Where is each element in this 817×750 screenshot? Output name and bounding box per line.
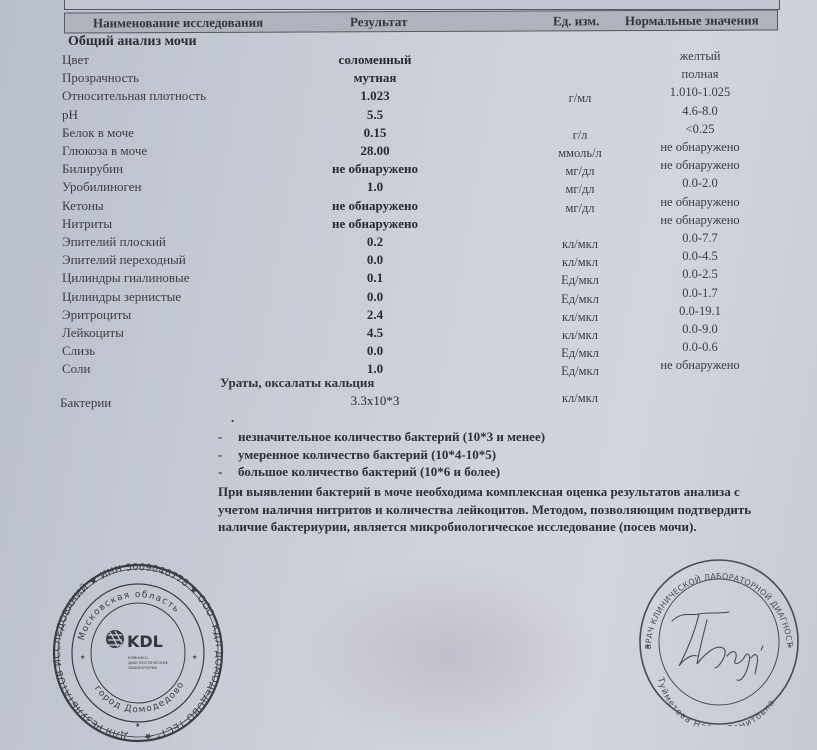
row-unit: кл/мкл	[545, 328, 615, 343]
table-header: Наименование исследования Результат Ед. …	[64, 9, 778, 33]
row-result: 0.2	[300, 234, 450, 250]
section-title: Общий анализ мочи	[68, 34, 197, 50]
row-unit: Ед/мкл	[545, 273, 615, 288]
row-name: Эпителий плоский	[62, 234, 166, 250]
row-result: 0.0	[300, 343, 450, 359]
signature-icon	[672, 612, 763, 680]
row-unit: мг/дл	[545, 201, 615, 216]
header-norm: Нормальные значения	[625, 13, 759, 30]
interpretation-note: При выявлении бактерий в моче необходима…	[218, 483, 778, 536]
row-unit: Ед/мкл	[545, 346, 615, 361]
row-result: не обнаружено	[300, 198, 450, 214]
row-norm: не обнаружено	[630, 358, 770, 373]
row-norm: 0.0-9.0	[630, 322, 770, 337]
row-name: Эритроциты	[62, 307, 131, 323]
row-unit: Ед/мкл	[545, 292, 615, 307]
previous-section-box	[64, 0, 780, 10]
legend-item: - большое количество бактерий (10*6 и бо…	[218, 463, 545, 481]
row-name: Прозрачность	[62, 70, 139, 86]
row-norm: не обнаружено	[630, 195, 770, 210]
row-name: Относительная плотность	[62, 88, 206, 104]
row-norm: <0.25	[630, 122, 770, 137]
row-unit: мг/дл	[545, 182, 615, 197]
row-name: Слизь	[62, 343, 95, 359]
doctor-stamp: ВРАЧ КЛИНИЧЕСКОЙ ЛАБОРАТОРНОЙ ДИАГНОСТИК…	[637, 556, 800, 726]
row-name: Цилиндры гиалиновые	[62, 270, 190, 286]
row-name: Нитриты	[62, 216, 112, 232]
header-result: Результат	[350, 14, 408, 30]
svg-text:ВРАЧ КЛИНИЧЕСКОЙ ЛАБОРАТОРНОЙ: ВРАЧ КЛИНИЧЕСКОЙ ЛАБОРАТОРНОЙ ДИАГНОСТИК…	[637, 556, 794, 650]
lab-report-page: Наименование исследования Результат Ед. …	[0, 0, 817, 750]
row-name: Бактерии	[60, 395, 111, 411]
row-name: Билирубин	[62, 161, 123, 177]
row-result: не обнаружено	[300, 161, 450, 177]
table-row: Соли1.0Ед/мклне обнаружено	[0, 361, 817, 379]
lab-stamp: ДЛЯ РЕЗУЛЬТАТОВ ИССЛЕДОВАНИЙ ★ ИНН 50090…	[52, 563, 224, 743]
row-norm: 0.0-2.0	[630, 176, 770, 191]
header-unit: Ед. изм.	[553, 13, 599, 29]
row-result: 0.15	[300, 125, 450, 141]
row-result: мутная	[300, 70, 450, 86]
row-name: Лейкоциты	[62, 325, 124, 341]
stamp-logo-text: KDL	[127, 632, 163, 651]
legend-item: - умеренное количество бактерий (10*4-10…	[218, 446, 545, 464]
row-norm: 0.0-19.1	[630, 304, 770, 319]
row-norm: 4.6-8.0	[630, 104, 770, 119]
row-name: Эпителий переходный	[62, 252, 186, 268]
svg-text:★: ★	[135, 722, 140, 729]
row-name: Соли	[62, 361, 90, 377]
row-result: 5.5	[300, 107, 450, 123]
row-norm: желтый	[630, 49, 770, 64]
salts-note: Ураты, оксалаты кальция	[220, 375, 374, 391]
photo-shadow	[300, 560, 600, 750]
header-name: Наименование исследования	[93, 15, 263, 32]
row-result: 1.023	[300, 88, 450, 104]
row-name: Цвет	[62, 52, 89, 68]
row-norm: полная	[630, 67, 770, 82]
row-norm: не обнаружено	[630, 140, 770, 155]
row-unit: кл/мкл	[545, 310, 615, 325]
row-norm: 0.0-7.7	[630, 231, 770, 246]
table-row-bacteria: Бактерии 3.3x10*3 кл/мкл	[0, 395, 817, 413]
row-result: 4.5	[300, 325, 450, 341]
row-name: Кетоны	[62, 198, 104, 214]
row-unit: кл/мкл	[545, 237, 615, 252]
kdl-logo-icon	[106, 630, 124, 648]
row-norm: 0.0-4.5	[630, 249, 770, 264]
row-unit: ммоль/л	[545, 146, 615, 161]
bacteria-legend: - незначительное количество бактерий (10…	[218, 428, 545, 481]
row-name: Белок в моче	[62, 125, 134, 141]
row-unit: кл/мкл	[545, 391, 615, 406]
row-name: Глюкоза в моче	[62, 143, 147, 159]
legend-item: - незначительное количество бактерий (10…	[218, 428, 545, 446]
svg-text:ЛАБОРАТОРИИ: ЛАБОРАТОРИИ	[128, 665, 157, 670]
row-unit: г/мл	[545, 91, 615, 106]
row-result: 1.0	[300, 179, 450, 195]
row-result: 0.0	[300, 289, 450, 305]
row-unit: мг/дл	[545, 164, 615, 179]
row-name: Цилиндры зернистые	[62, 289, 181, 305]
stamp-inner-bottom: город Домодедово	[92, 680, 187, 716]
row-unit: кл/мкл	[545, 255, 615, 270]
row-name: pH	[62, 107, 78, 123]
row-norm: 0.0-1.7	[630, 286, 770, 301]
svg-text:город Домодедово: город Домодедово	[92, 680, 187, 716]
row-norm: 1.010-1.025	[630, 85, 770, 100]
row-result: 0.1	[300, 270, 450, 286]
row-result: 2.4	[300, 307, 450, 323]
svg-text:★: ★	[80, 654, 85, 661]
row-result: 3.3x10*3	[300, 393, 450, 409]
svg-text:★: ★	[787, 643, 792, 650]
row-norm: 0.0-0.6	[630, 340, 770, 355]
row-result: соломенный	[300, 52, 450, 68]
row-result: 28.00	[300, 143, 450, 159]
svg-text:★: ★	[192, 654, 197, 661]
row-result: не обнаружено	[300, 216, 450, 232]
row-result: 0.0	[300, 252, 450, 268]
row-norm: не обнаружено	[630, 213, 770, 228]
row-norm: не обнаружено	[630, 158, 770, 173]
row-name: Уробилиноген	[62, 179, 141, 195]
separator-dot: .	[231, 410, 234, 426]
stamp-doctor-title: ВРАЧ КЛИНИЧЕСКОЙ ЛАБОРАТОРНОЙ ДИАГНОСТИК…	[637, 556, 794, 650]
row-norm: 0.0-2.5	[630, 267, 770, 282]
row-unit: Ед/мкл	[545, 364, 615, 379]
row-unit: г/л	[545, 128, 615, 143]
svg-text:★: ★	[645, 643, 650, 650]
